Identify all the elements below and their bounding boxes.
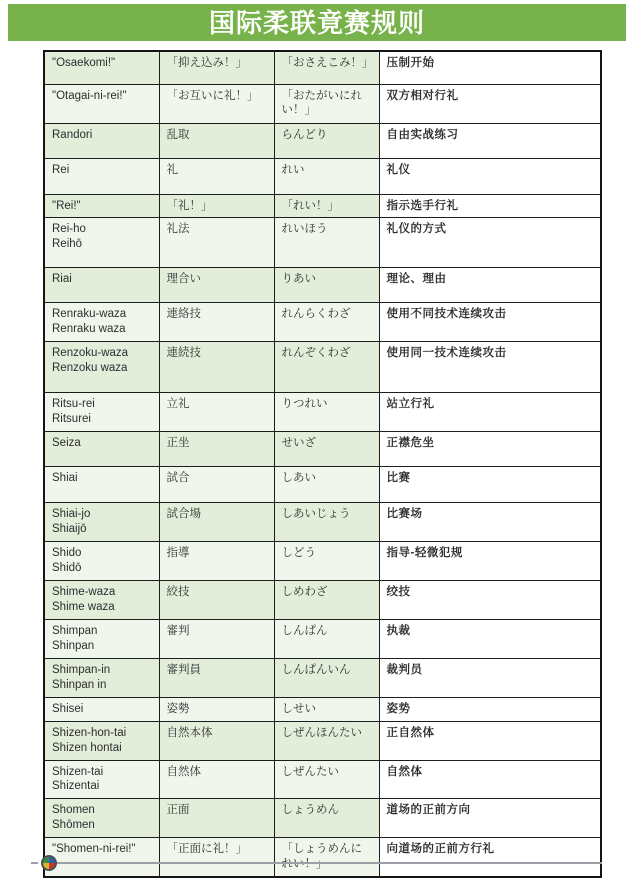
term-kana: しんぱんいん bbox=[274, 658, 379, 697]
table-row: Renraku-waza Renraku waza連絡技れんらくわざ使用不同技术… bbox=[44, 303, 601, 342]
term-romaji: Shizen-hon-tai Shizen hontai bbox=[44, 721, 159, 760]
term-kana: しぜんほんたい bbox=[274, 721, 379, 760]
term-romaji: Rei bbox=[44, 158, 159, 194]
term-kana: せいざ bbox=[274, 432, 379, 467]
term-romaji: "Rei!" bbox=[44, 194, 159, 218]
term-kana: れんぞくわざ bbox=[274, 342, 379, 393]
chinese-meaning: 裁判员 bbox=[379, 658, 601, 697]
term-romaji: Shizen-tai Shizentai bbox=[44, 760, 159, 799]
term-romaji: Shido Shidō bbox=[44, 542, 159, 581]
table-row: Shido Shidō指導しどう指导-轻微犯规 bbox=[44, 542, 601, 581]
chinese-meaning: 姿势 bbox=[379, 697, 601, 721]
term-kanji: 審判員 bbox=[159, 658, 274, 697]
term-kanji: 連絡技 bbox=[159, 303, 274, 342]
table-row: Shizen-hon-tai Shizen hontai自然本体しぜんほんたい正… bbox=[44, 721, 601, 760]
term-romaji: Randori bbox=[44, 123, 159, 158]
chinese-meaning: 比赛 bbox=[379, 467, 601, 503]
term-kanji: 正面 bbox=[159, 799, 274, 838]
term-kana: れんらくわざ bbox=[274, 303, 379, 342]
table-row: Shiai-jo Shiaijō試合場しあいじょう比赛场 bbox=[44, 503, 601, 542]
term-romaji: Seiza bbox=[44, 432, 159, 467]
term-kana: しあい bbox=[274, 467, 379, 503]
term-kanji: 正坐 bbox=[159, 432, 274, 467]
term-kana: れい bbox=[274, 158, 379, 194]
term-kana: しめわざ bbox=[274, 581, 379, 620]
table-row: "Osaekomi!"「抑え込み！」「おさえこみ！」压制开始 bbox=[44, 51, 601, 84]
chinese-meaning: 正襟危坐 bbox=[379, 432, 601, 467]
term-kana: 「おたがいにれい！」 bbox=[274, 84, 379, 123]
chinese-meaning: 比赛场 bbox=[379, 503, 601, 542]
table-row: Shimpan-in Shinpan in審判員しんぱんいん裁判员 bbox=[44, 658, 601, 697]
table-row: "Otagai-ni-rei!"「お互いに礼！」「おたがいにれい！」双方相对行礼 bbox=[44, 84, 601, 123]
term-romaji: Shime-waza Shime waza bbox=[44, 581, 159, 620]
term-romaji: Rei-ho Reihō bbox=[44, 218, 159, 268]
footer-rule-line bbox=[57, 862, 602, 864]
chinese-meaning: 道场的正前方向 bbox=[379, 799, 601, 838]
term-kana: りつれい bbox=[274, 393, 379, 432]
term-romaji: "Osaekomi!" bbox=[44, 51, 159, 84]
chinese-meaning: 双方相对行礼 bbox=[379, 84, 601, 123]
table-row: Shisei姿勢しせい姿势 bbox=[44, 697, 601, 721]
term-kanji: 連続技 bbox=[159, 342, 274, 393]
term-kanji: 「お互いに礼！」 bbox=[159, 84, 274, 123]
term-romaji: Renraku-waza Renraku waza bbox=[44, 303, 159, 342]
term-kana: らんどり bbox=[274, 123, 379, 158]
term-romaji: Riai bbox=[44, 268, 159, 303]
term-romaji: Shiai bbox=[44, 467, 159, 503]
footer-dash bbox=[31, 862, 38, 864]
chinese-meaning: 压制开始 bbox=[379, 51, 601, 84]
chinese-meaning: 指导-轻微犯规 bbox=[379, 542, 601, 581]
term-kanji: 自然本体 bbox=[159, 721, 274, 760]
glossary-body: "Osaekomi!"「抑え込み！」「おさえこみ！」压制开始"Otagai-ni… bbox=[44, 51, 601, 877]
chinese-meaning: 礼仪 bbox=[379, 158, 601, 194]
document-page: 国际柔联竟赛规则 "Osaekomi!"「抑え込み！」「おさえこみ！」压制开始"… bbox=[0, 0, 634, 889]
term-kana: しどう bbox=[274, 542, 379, 581]
term-kana: 「おさえこみ！」 bbox=[274, 51, 379, 84]
term-kanji: 「抑え込み！」 bbox=[159, 51, 274, 84]
chinese-meaning: 使用同一技术连续攻击 bbox=[379, 342, 601, 393]
term-kanji: 礼法 bbox=[159, 218, 274, 268]
chinese-meaning: 使用不同技术连续攻击 bbox=[379, 303, 601, 342]
term-kana: しんぱん bbox=[274, 619, 379, 658]
term-kana: 「れい！」 bbox=[274, 194, 379, 218]
term-kanji: 理合い bbox=[159, 268, 274, 303]
term-kanji: 審判 bbox=[159, 619, 274, 658]
chinese-meaning: 绞技 bbox=[379, 581, 601, 620]
term-kanji: 試合場 bbox=[159, 503, 274, 542]
term-romaji: Ritsu-rei Ritsurei bbox=[44, 393, 159, 432]
term-kana: しょうめん bbox=[274, 799, 379, 838]
table-row: Shomen Shōmen正面しょうめん道场的正前方向 bbox=[44, 799, 601, 838]
chinese-meaning: 执裁 bbox=[379, 619, 601, 658]
title-banner: 国际柔联竟赛规则 bbox=[8, 4, 626, 41]
chinese-meaning: 正自然体 bbox=[379, 721, 601, 760]
chinese-meaning: 自然体 bbox=[379, 760, 601, 799]
term-kana: りあい bbox=[274, 268, 379, 303]
term-kanji: 試合 bbox=[159, 467, 274, 503]
term-romaji: Shimpan Shinpan bbox=[44, 619, 159, 658]
term-romaji: Shisei bbox=[44, 697, 159, 721]
table-row: Shimpan Shinpan審判しんぱん执裁 bbox=[44, 619, 601, 658]
glossary-table: "Osaekomi!"「抑え込み！」「おさえこみ！」压制开始"Otagai-ni… bbox=[43, 50, 602, 878]
term-kanji: 乱取 bbox=[159, 123, 274, 158]
term-romaji: Shiai-jo Shiaijō bbox=[44, 503, 159, 542]
table-row: Renzoku-waza Renzoku waza連続技れんぞくわざ使用同一技术… bbox=[44, 342, 601, 393]
chinese-meaning: 站立行礼 bbox=[379, 393, 601, 432]
page-title: 国际柔联竟赛规则 bbox=[209, 10, 425, 36]
term-kanji: 「礼！」 bbox=[159, 194, 274, 218]
term-romaji: "Otagai-ni-rei!" bbox=[44, 84, 159, 123]
table-row: Randori乱取らんどり自由实战练习 bbox=[44, 123, 601, 158]
chinese-meaning: 礼仪的方式 bbox=[379, 218, 601, 268]
term-kanji: 自然体 bbox=[159, 760, 274, 799]
table-row: Shizen-tai Shizentai自然体しぜんたい自然体 bbox=[44, 760, 601, 799]
chinese-meaning: 自由实战练习 bbox=[379, 123, 601, 158]
ijf-emblem-icon bbox=[41, 855, 57, 871]
page-footer bbox=[31, 854, 602, 872]
table-row: "Rei!"「礼！」「れい！」指示选手行礼 bbox=[44, 194, 601, 218]
term-kanji: 指導 bbox=[159, 542, 274, 581]
term-kana: しぜんたい bbox=[274, 760, 379, 799]
table-row: Seiza正坐せいざ正襟危坐 bbox=[44, 432, 601, 467]
term-romaji: Renzoku-waza Renzoku waza bbox=[44, 342, 159, 393]
term-kanji: 礼 bbox=[159, 158, 274, 194]
table-row: Riai理合いりあい理论、理由 bbox=[44, 268, 601, 303]
term-kanji: 絞技 bbox=[159, 581, 274, 620]
term-romaji: Shimpan-in Shinpan in bbox=[44, 658, 159, 697]
term-kana: しあいじょう bbox=[274, 503, 379, 542]
table-row: Rei礼れい礼仪 bbox=[44, 158, 601, 194]
term-kanji: 立礼 bbox=[159, 393, 274, 432]
term-kanji: 姿勢 bbox=[159, 697, 274, 721]
term-romaji: Shomen Shōmen bbox=[44, 799, 159, 838]
term-kana: しせい bbox=[274, 697, 379, 721]
table-row: Rei-ho Reihō礼法れいほう礼仪的方式 bbox=[44, 218, 601, 268]
chinese-meaning: 指示选手行礼 bbox=[379, 194, 601, 218]
chinese-meaning: 理论、理由 bbox=[379, 268, 601, 303]
term-kana: れいほう bbox=[274, 218, 379, 268]
table-row: Shiai試合しあい比赛 bbox=[44, 467, 601, 503]
table-row: Ritsu-rei Ritsurei立礼りつれい站立行礼 bbox=[44, 393, 601, 432]
table-row: Shime-waza Shime waza絞技しめわざ绞技 bbox=[44, 581, 601, 620]
